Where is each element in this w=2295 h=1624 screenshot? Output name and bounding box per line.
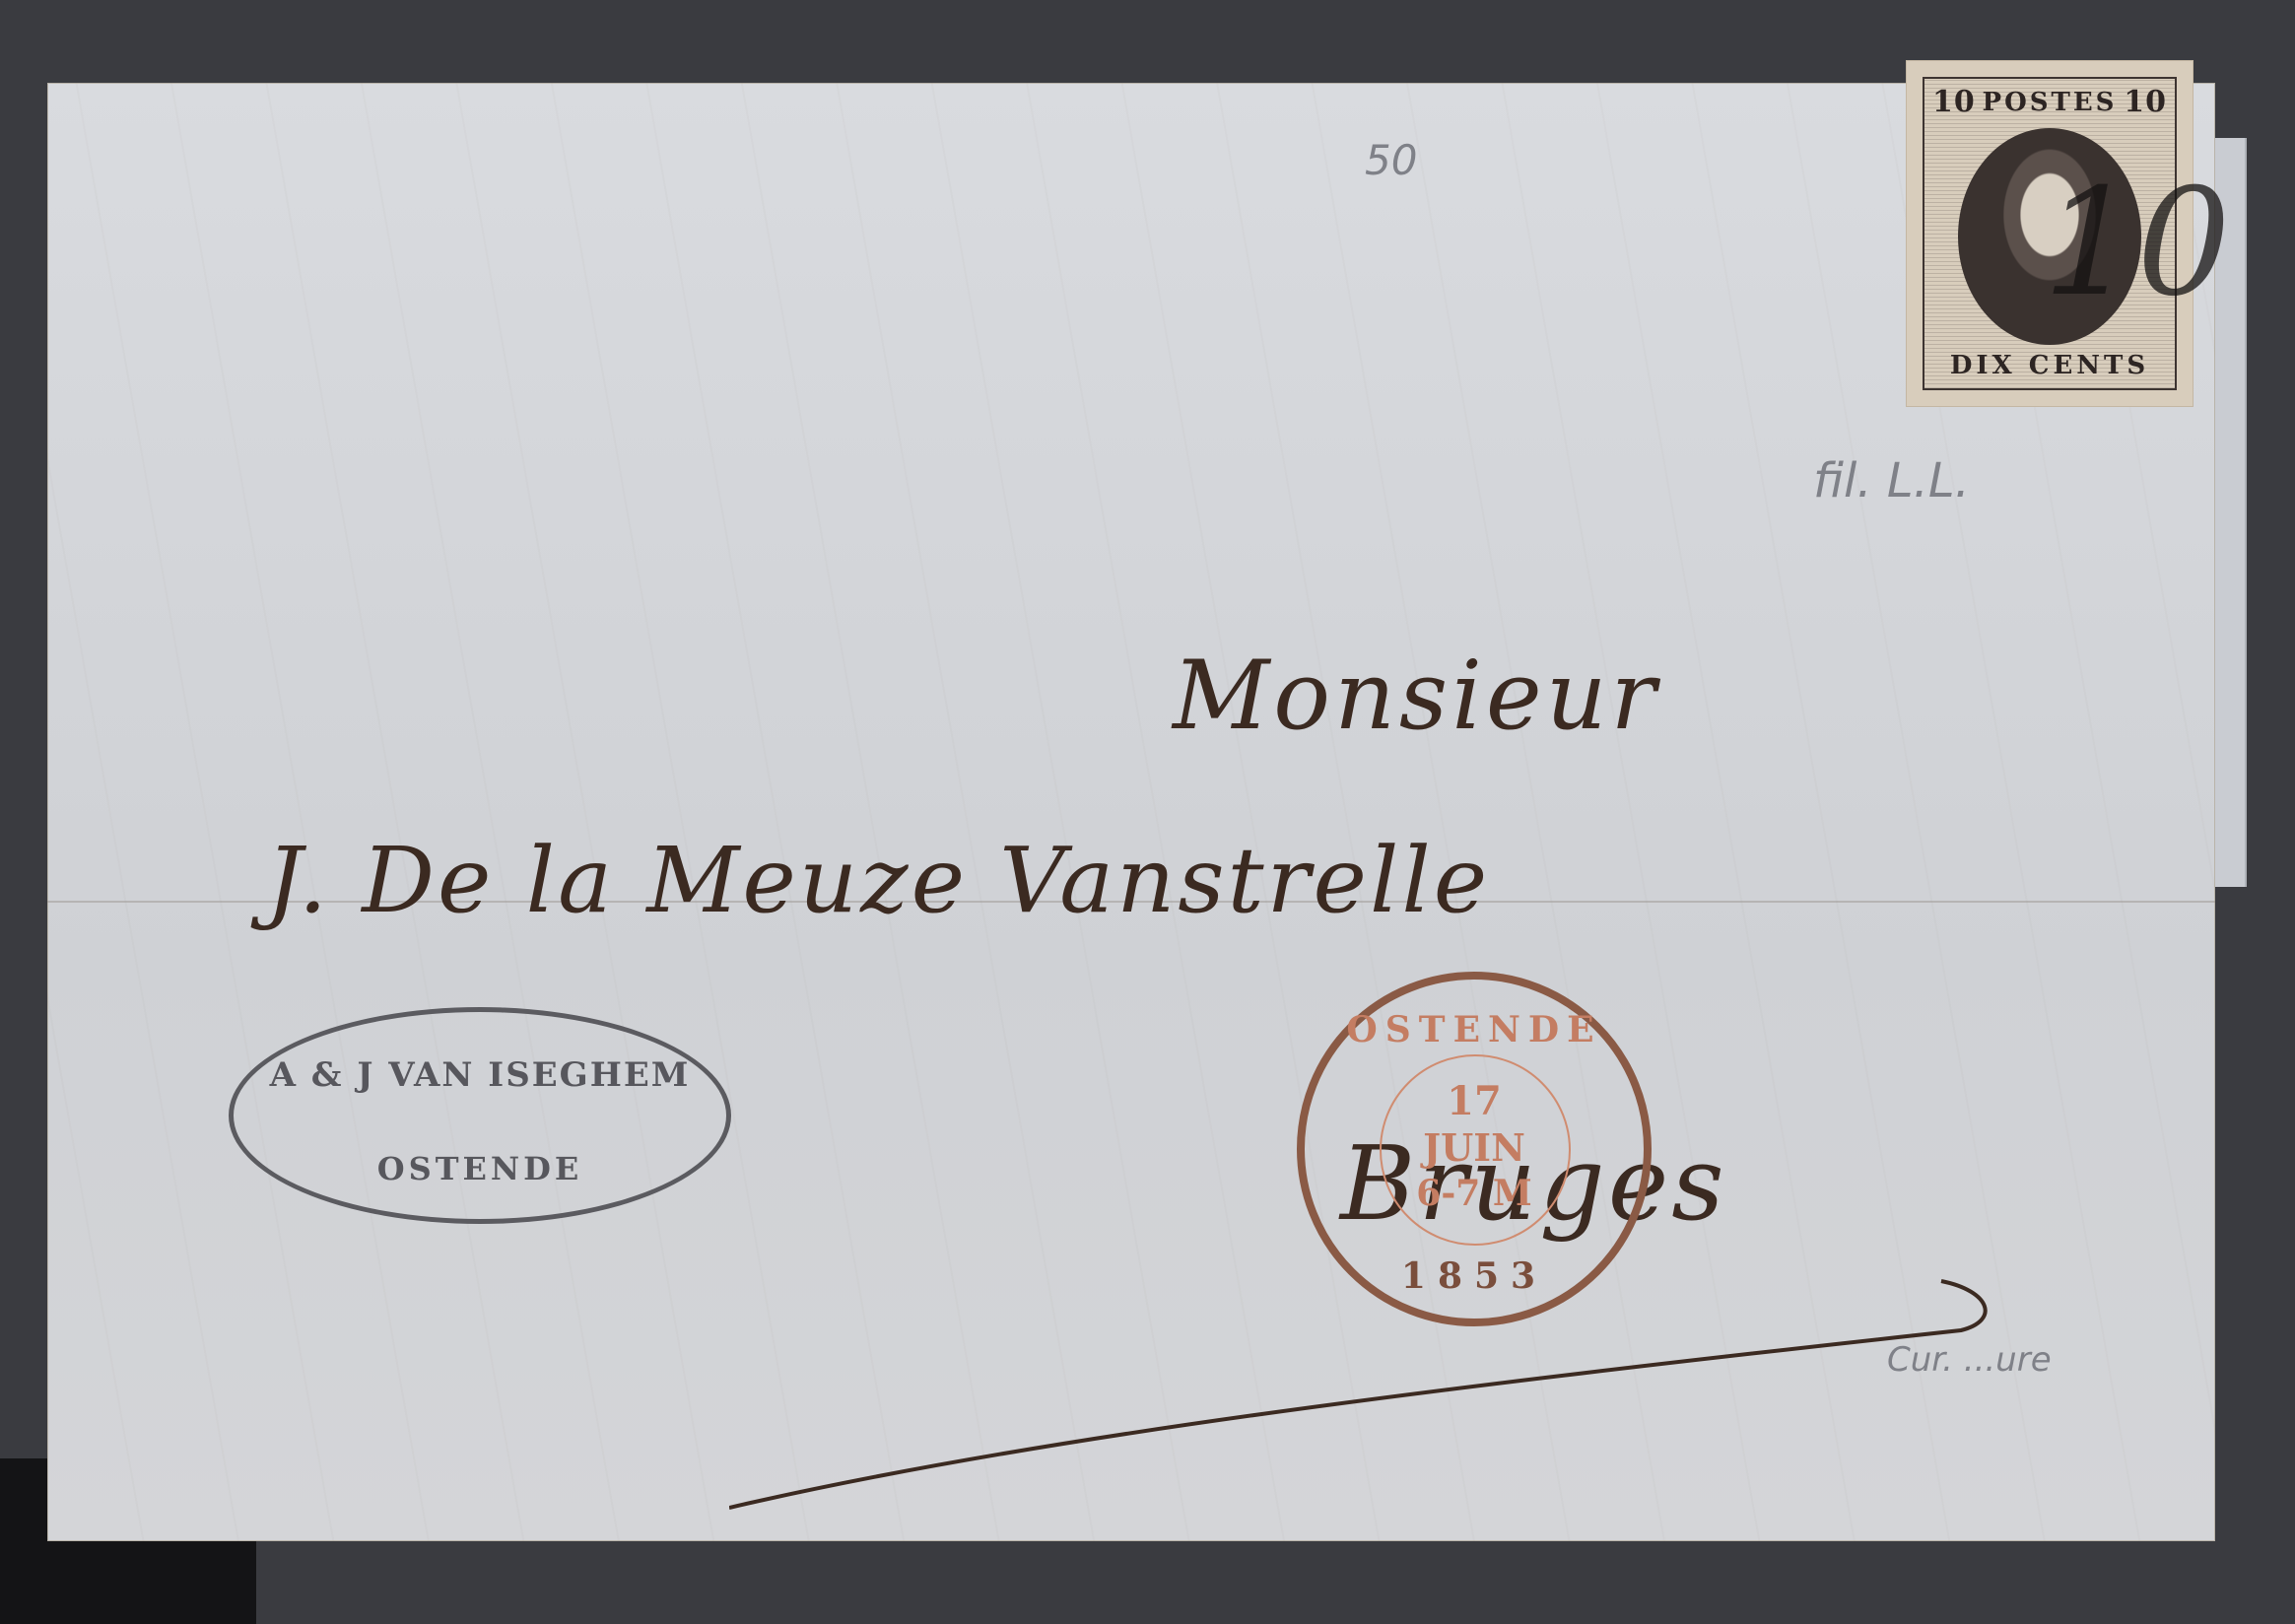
postmark-year: 1853 <box>1305 1255 1644 1297</box>
sender-cachet: A & J VAN ISEGHEM OSTENDE <box>229 1007 731 1224</box>
address-name: J. De la Meuze Vanstrelle <box>266 828 1490 933</box>
pencil-note-top: 50 <box>1365 136 1417 184</box>
postmark-time: 6-7 M <box>1305 1173 1644 1214</box>
stamp-denomination: DIX CENTS <box>1924 351 2175 380</box>
pencil-note-right: fil. L.L. <box>1813 453 1970 508</box>
stamp-value-left: 10 <box>1932 85 1976 119</box>
stamp-title: POSTES <box>1983 88 2118 117</box>
stamp-frame: 10 POSTES 10 10 DIX CENTS <box>1923 77 2177 390</box>
postmark-town: OSTENDE <box>1305 1009 1644 1050</box>
postmark: OSTENDE 17 JUIN 6-7 M 1853 <box>1297 972 1652 1326</box>
postage-stamp: 10 POSTES 10 10 DIX CENTS <box>1907 61 2193 406</box>
sender-name: A & J VAN ISEGHEM <box>234 1055 726 1095</box>
stamp-value-right: 10 <box>2124 85 2167 119</box>
stamp-cancellation: 10 <box>2043 158 2231 329</box>
postmark-day: 17 <box>1305 1078 1644 1124</box>
postmark-month: JUIN <box>1305 1125 1644 1170</box>
address-salutation: Monsieur <box>1173 641 1659 751</box>
sender-town: OSTENDE <box>234 1150 726 1187</box>
